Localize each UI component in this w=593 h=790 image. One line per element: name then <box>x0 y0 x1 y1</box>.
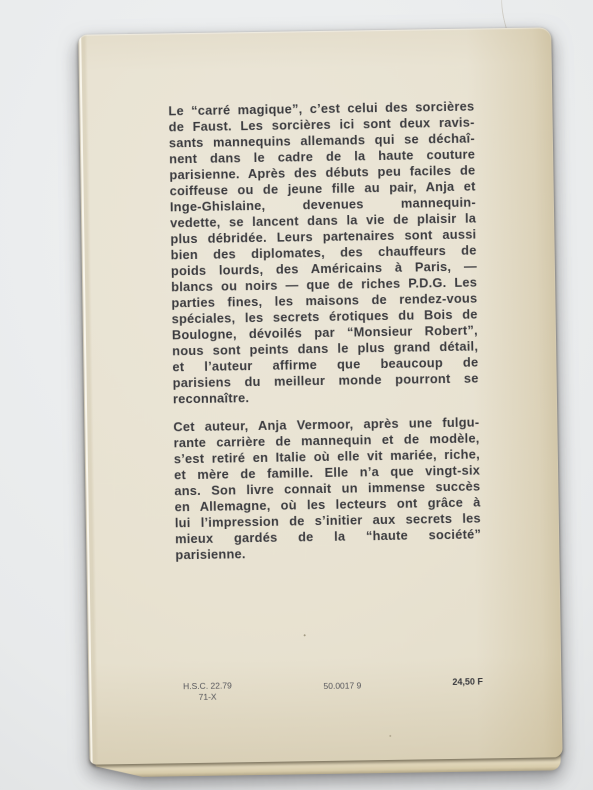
imprint-code-left-line1: H.S.C. 22.79 <box>178 680 236 692</box>
cover-surface: Le “carré magique”, c’est celui des sorc… <box>78 27 562 764</box>
price: 24,50 F <box>452 676 483 687</box>
blurb-line: reconnaître. <box>173 387 479 408</box>
blurb-line: parisienne. <box>175 542 481 563</box>
photo-background: Le “carré magique”, c’est celui des sorc… <box>0 0 593 790</box>
imprint-code-left-line2: 71-X <box>179 691 237 703</box>
book-back-cover: Le “carré magique”, c’est celui des sorc… <box>78 27 563 777</box>
blurb: Le “carré magique”, c’est celui des sorc… <box>168 99 481 564</box>
imprint-code-left: H.S.C. 22.79 71-X <box>178 680 236 703</box>
imprint-code-center: 50.0017 9 <box>323 680 361 691</box>
blurb-paragraph: Cet auteur, Anja Vermoor, après une fulg… <box>173 415 481 564</box>
blurb-paragraph: Le “carré magique”, c’est celui des sorc… <box>168 99 479 408</box>
